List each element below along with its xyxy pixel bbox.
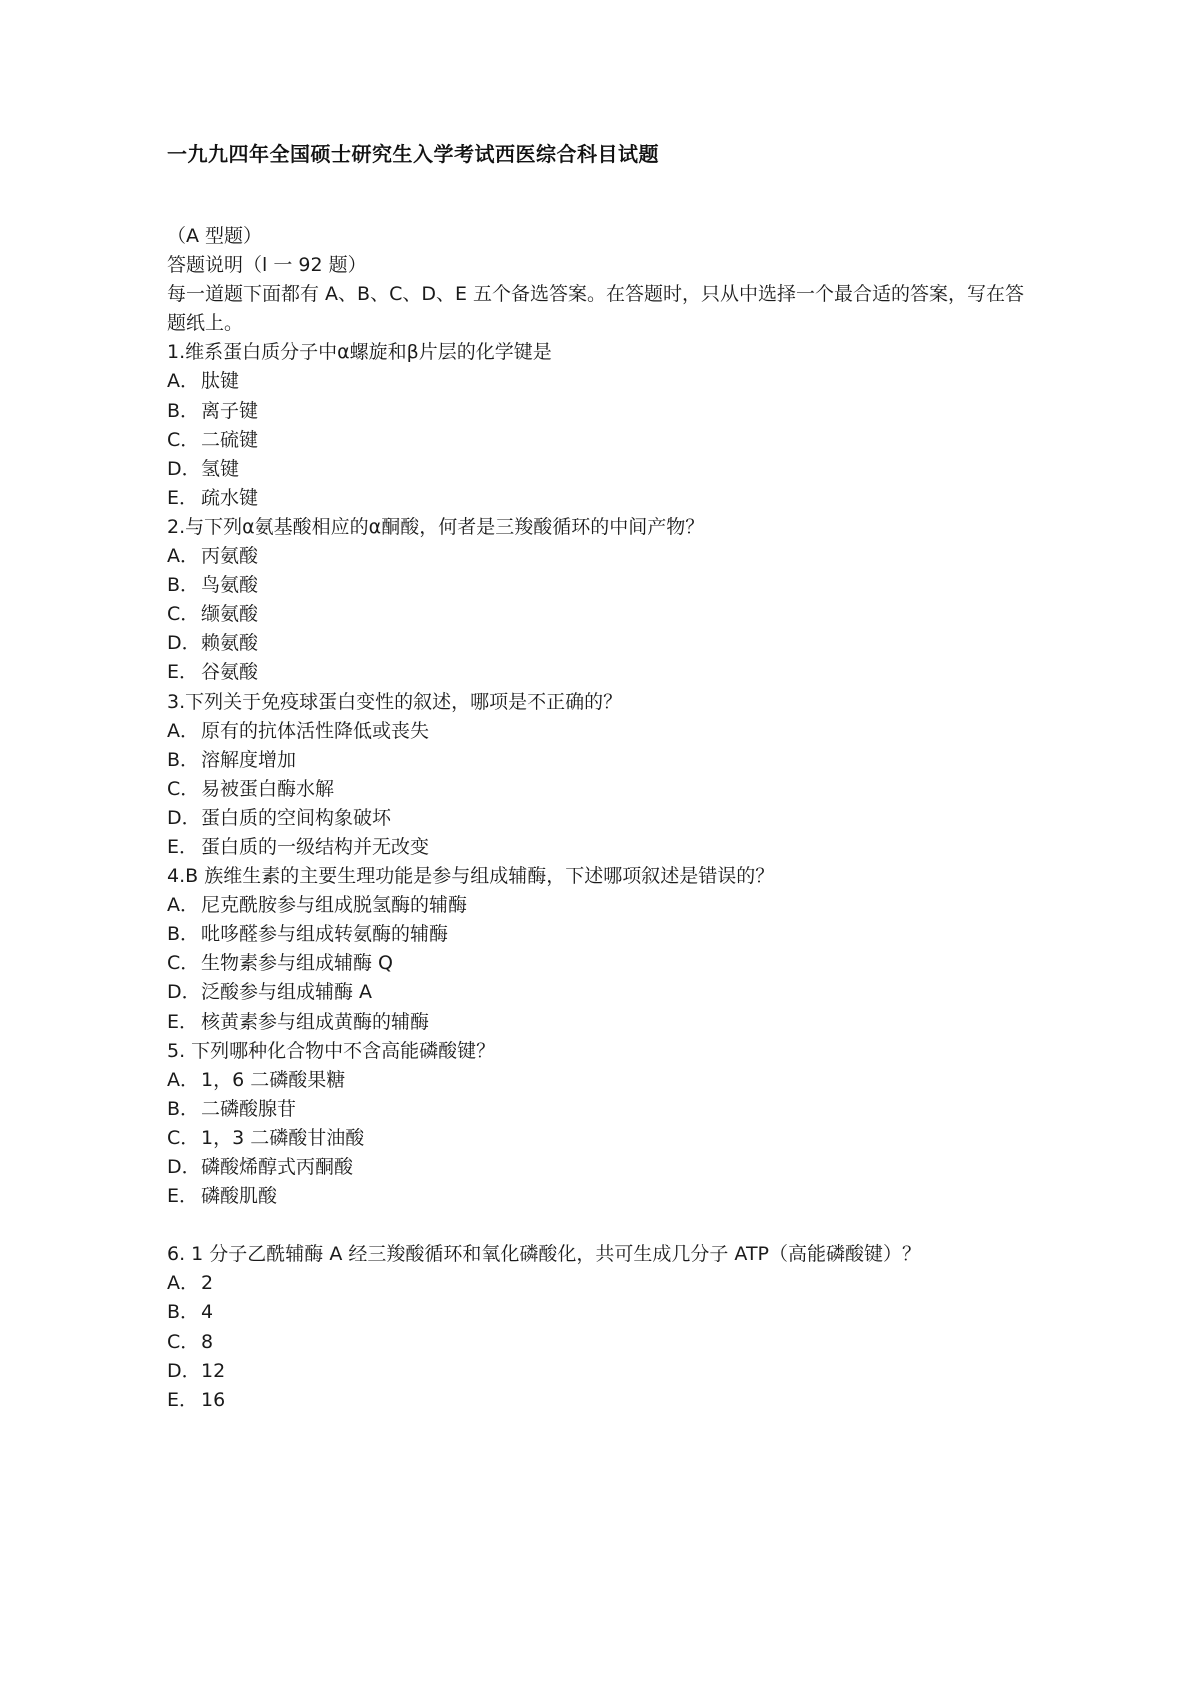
- option-b: B．4: [167, 1298, 1027, 1327]
- option-d: D．12: [167, 1357, 1027, 1386]
- option-letter: C．: [167, 600, 201, 629]
- option-letter: D．: [167, 1357, 201, 1386]
- question-number: 3.: [167, 691, 185, 713]
- option-text: 原有的抗体活性降低或丧失: [201, 720, 429, 742]
- option-c: C．生物素参与组成辅酶 Q: [167, 949, 1027, 978]
- option-text: 1，3 二磷酸甘油酸: [201, 1127, 364, 1149]
- question-number: 6.: [167, 1243, 191, 1265]
- option-letter: A．: [167, 717, 201, 746]
- option-e: E．蛋白质的一级结构并无改变: [167, 833, 1027, 862]
- question-number: 1.: [167, 341, 185, 363]
- option-text: 2: [201, 1272, 213, 1294]
- document-title: 一九九四年全国硕士研究生入学考试西医综合科目试题: [167, 138, 659, 167]
- option-b: B．溶解度增加: [167, 746, 1027, 775]
- option-c: C．1，3 二磷酸甘油酸: [167, 1124, 1027, 1153]
- option-text: 1，6 二磷酸果糖: [201, 1069, 345, 1091]
- section-type: （A 型题）: [167, 222, 1027, 251]
- question-number: 2.: [167, 516, 185, 538]
- option-letter: E．: [167, 1386, 201, 1415]
- option-b: B．吡哆醛参与组成转氨酶的辅酶: [167, 920, 1027, 949]
- option-text: 16: [201, 1389, 225, 1411]
- question-text: 下列关于免疫球蛋白变性的叙述，哪项是不正确的？: [185, 691, 622, 713]
- option-text: 蛋白质的一级结构并无改变: [201, 836, 429, 858]
- option-a: A．尼克酰胺参与组成脱氢酶的辅酶: [167, 891, 1027, 920]
- option-text: 蛋白质的空间构象破坏: [201, 807, 391, 829]
- option-letter: E．: [167, 1182, 201, 1211]
- option-letter: D．: [167, 455, 201, 484]
- question-5: 5. 下列哪种化合物中不含高能磷酸键？ A．1，6 二磷酸果糖 B．二磷酸腺苷 …: [167, 1037, 1027, 1212]
- option-text: 谷氨酸: [201, 661, 258, 683]
- option-c: C．易被蛋白酶水解: [167, 775, 1027, 804]
- option-letter: A．: [167, 1066, 201, 1095]
- option-d: D．磷酸烯醇式丙酮酸: [167, 1153, 1027, 1182]
- option-d: D．氢键: [167, 455, 1027, 484]
- option-letter: E．: [167, 484, 201, 513]
- option-e: E．谷氨酸: [167, 658, 1027, 687]
- question-4: 4.B 族维生素的主要生理功能是参与组成辅酶，下述哪项叙述是错误的？ A．尼克酰…: [167, 862, 1027, 1037]
- option-e: E．疏水键: [167, 484, 1027, 513]
- option-letter: A．: [167, 891, 201, 920]
- question-3: 3.下列关于免疫球蛋白变性的叙述，哪项是不正确的？ A．原有的抗体活性降低或丧失…: [167, 688, 1027, 863]
- option-c: C．8: [167, 1328, 1027, 1357]
- option-e: E．磷酸肌酸: [167, 1182, 1027, 1211]
- option-letter: B．: [167, 746, 201, 775]
- option-letter: D．: [167, 804, 201, 833]
- option-letter: D．: [167, 629, 201, 658]
- option-text: 8: [201, 1331, 213, 1353]
- question-6: 6. 1 分子乙酰辅酶 A 经三羧酸循环和氧化磷酸化，共可生成几分子 ATP（高…: [167, 1240, 1027, 1415]
- question-stem: 4.B 族维生素的主要生理功能是参与组成辅酶，下述哪项叙述是错误的？: [167, 862, 1027, 891]
- option-letter: B．: [167, 397, 201, 426]
- option-text: 4: [201, 1301, 213, 1323]
- option-c: C．二硫键: [167, 426, 1027, 455]
- option-letter: E．: [167, 833, 201, 862]
- question-text: 维系蛋白质分子中α螺旋和β片层的化学键是: [185, 341, 552, 363]
- instructions-header: 答题说明（l 一 92 题）: [167, 251, 1027, 280]
- option-letter: D．: [167, 978, 201, 1007]
- question-stem: 2.与下列α氨基酸相应的α酮酸，何者是三羧酸循环的中间产物？: [167, 513, 1027, 542]
- question-stem: 5. 下列哪种化合物中不含高能磷酸键？: [167, 1037, 1027, 1066]
- option-letter: A．: [167, 367, 201, 396]
- option-letter: C．: [167, 426, 201, 455]
- option-letter: D．: [167, 1153, 201, 1182]
- option-a: A．丙氨酸: [167, 542, 1027, 571]
- question-stem: 6. 1 分子乙酰辅酶 A 经三羧酸循环和氧化磷酸化，共可生成几分子 ATP（高…: [167, 1240, 1027, 1269]
- option-letter: C．: [167, 1328, 201, 1357]
- question-2: 2.与下列α氨基酸相应的α酮酸，何者是三羧酸循环的中间产物？ A．丙氨酸 B．鸟…: [167, 513, 1027, 688]
- option-text: 赖氨酸: [201, 632, 258, 654]
- option-a: A．1，6 二磷酸果糖: [167, 1066, 1027, 1095]
- option-text: 12: [201, 1360, 225, 1382]
- option-text: 核黄素参与组成黄酶的辅酶: [201, 1011, 429, 1033]
- option-text: 离子键: [201, 400, 258, 422]
- blank-line: [167, 1211, 1027, 1240]
- option-text: 尼克酰胺参与组成脱氢酶的辅酶: [201, 894, 467, 916]
- option-letter: E．: [167, 658, 201, 687]
- option-b: B．二磷酸腺苷: [167, 1095, 1027, 1124]
- option-letter: E．: [167, 1008, 201, 1037]
- option-letter: A．: [167, 1269, 201, 1298]
- option-text: 二磷酸腺苷: [201, 1098, 296, 1120]
- option-letter: A．: [167, 542, 201, 571]
- option-text: 磷酸烯醇式丙酮酸: [201, 1156, 353, 1178]
- question-number: 4.: [167, 865, 185, 887]
- option-c: C．缬氨酸: [167, 600, 1027, 629]
- option-letter: B．: [167, 1095, 201, 1124]
- option-letter: B．: [167, 571, 201, 600]
- question-1: 1.维系蛋白质分子中α螺旋和β片层的化学键是 A．肽键 B．离子键 C．二硫键 …: [167, 338, 1027, 513]
- option-d: D．蛋白质的空间构象破坏: [167, 804, 1027, 833]
- question-stem: 3.下列关于免疫球蛋白变性的叙述，哪项是不正确的？: [167, 688, 1027, 717]
- question-number: 5.: [167, 1040, 191, 1062]
- option-text: 鸟氨酸: [201, 574, 258, 596]
- option-letter: C．: [167, 1124, 201, 1153]
- option-d: D．赖氨酸: [167, 629, 1027, 658]
- option-text: 泛酸参与组成辅酶 A: [201, 981, 372, 1003]
- option-letter: C．: [167, 775, 201, 804]
- question-text: 下列哪种化合物中不含高能磷酸键？: [191, 1040, 495, 1062]
- option-a: A．原有的抗体活性降低或丧失: [167, 717, 1027, 746]
- option-e: E．16: [167, 1386, 1027, 1415]
- option-letter: B．: [167, 920, 201, 949]
- option-text: 吡哆醛参与组成转氨酶的辅酶: [201, 923, 448, 945]
- option-text: 疏水键: [201, 487, 258, 509]
- option-text: 二硫键: [201, 429, 258, 451]
- option-text: 易被蛋白酶水解: [201, 778, 334, 800]
- option-letter: C．: [167, 949, 201, 978]
- option-text: 缬氨酸: [201, 603, 258, 625]
- question-text: 1 分子乙酰辅酶 A 经三羧酸循环和氧化磷酸化，共可生成几分子 ATP（高能磷酸…: [191, 1243, 921, 1265]
- option-text: 磷酸肌酸: [201, 1185, 277, 1207]
- instructions-text: 每一道题下面都有 A、B、C、D、E 五个备选答案。在答题时，只从中选择一个最合…: [167, 280, 1027, 338]
- option-text: 肽键: [201, 370, 239, 392]
- option-e: E．核黄素参与组成黄酶的辅酶: [167, 1008, 1027, 1037]
- document-body: （A 型题） 答题说明（l 一 92 题） 每一道题下面都有 A、B、C、D、E…: [167, 222, 1027, 1415]
- option-a: A．肽键: [167, 367, 1027, 396]
- option-b: B．鸟氨酸: [167, 571, 1027, 600]
- question-text: 与下列α氨基酸相应的α酮酸，何者是三羧酸循环的中间产物？: [185, 516, 704, 538]
- option-text: 氢键: [201, 458, 239, 480]
- question-stem: 1.维系蛋白质分子中α螺旋和β片层的化学键是: [167, 338, 1027, 367]
- option-a: A．2: [167, 1269, 1027, 1298]
- option-text: 丙氨酸: [201, 545, 258, 567]
- option-text: 生物素参与组成辅酶 Q: [201, 952, 393, 974]
- option-d: D．泛酸参与组成辅酶 A: [167, 978, 1027, 1007]
- question-text: B 族维生素的主要生理功能是参与组成辅酶，下述哪项叙述是错误的？: [185, 865, 774, 887]
- option-text: 溶解度增加: [201, 749, 296, 771]
- option-b: B．离子键: [167, 397, 1027, 426]
- option-letter: B．: [167, 1298, 201, 1327]
